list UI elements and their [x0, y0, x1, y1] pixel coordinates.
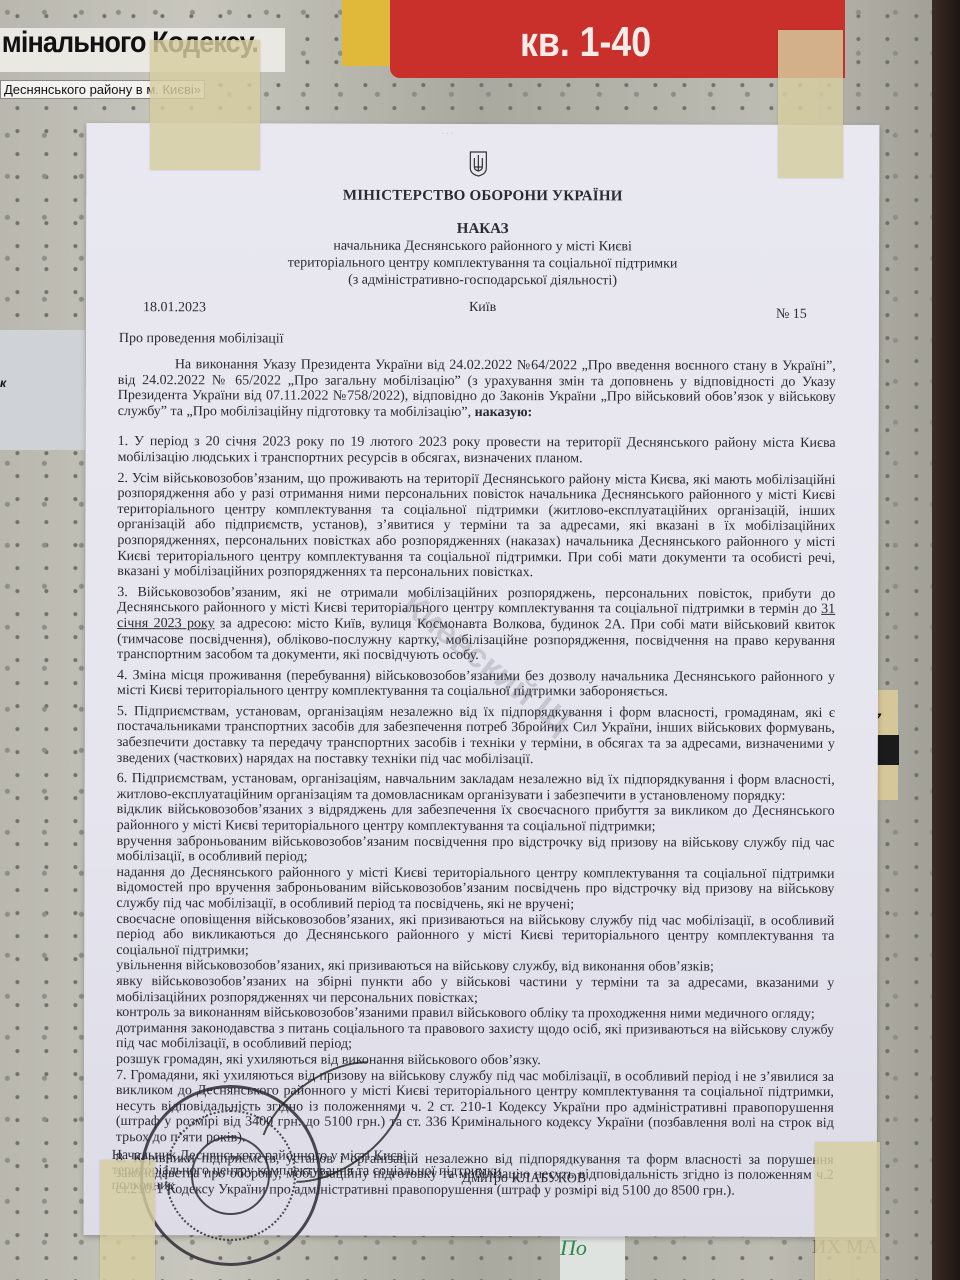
order-date: 18.01.2023 [143, 300, 206, 316]
coat-of-arms-icon [469, 151, 487, 177]
item-6-subitem: своєчасне оповіщення військовозобов’язан… [116, 912, 834, 961]
ministry-heading: МІНІСТЕРСТВО ОБОРОНИ УКРАЇНИ [86, 187, 879, 206]
order-item-1: 1. У період з 20 січня 2023 року по 19 л… [118, 434, 836, 467]
order-number: № 15 [776, 307, 807, 323]
item-6-subitem: увільнення військовозобов’язаних, які пр… [116, 958, 834, 975]
tape-top-right [778, 30, 843, 178]
order-city: Київ [469, 300, 496, 316]
item-6-subitem: вручення заброньованим військовозобов’яз… [117, 834, 835, 867]
signatory-name: Дмитро КЛАБУКОВ [462, 1171, 587, 1187]
tape-bottom-right [815, 1142, 880, 1280]
item-6-subitem: надання до Деснянського районного у міст… [116, 865, 834, 914]
tape-top-left [150, 40, 260, 170]
mobilization-order-document: · · · МІНІСТЕРСТВО ОБОРОНИ УКРАЇНИ НАКАЗ… [84, 123, 880, 1237]
item-6-subitem: відклик військовозобов’язаних з відрядже… [117, 802, 835, 835]
order-subject: Про проведення мобілізації [119, 331, 284, 347]
item-6-subitem: явку військовозобов’язаних на збірні пун… [116, 974, 834, 1007]
tape-bottom-left [100, 1160, 155, 1280]
green-handwritten-scrap: По [560, 1235, 625, 1280]
apartment-range-text: кв. 1-40 [520, 18, 651, 66]
order-item-2: 2. Усім військовозобов’язаним, що прожив… [117, 471, 835, 582]
green-scrap-text: По [560, 1235, 587, 1260]
order-body: На виконання Указу Президента України ві… [116, 357, 836, 1204]
preamble-order-word: наказую: [475, 405, 533, 420]
red-poster: кв. 1-40 [390, 0, 845, 78]
order-item-6: 6. Підприємствам, установам, організація… [117, 771, 835, 804]
order-subtitle-line: (з адміністративно-господарської діяльно… [86, 271, 879, 290]
faint-handwriting: · · · [441, 129, 453, 138]
order-subtitle-line: начальника Деснянського районного у міст… [86, 237, 879, 256]
door-frame [932, 0, 960, 1280]
paper-scrap-left [0, 330, 85, 450]
order-subtitle: начальника Деснянського районного у міст… [86, 237, 879, 290]
item-6-subitem: розшук громадян, які ухиляються від вико… [116, 1052, 834, 1069]
order-item-5: 5. Підприємствам, установам, організація… [117, 704, 835, 768]
order-title: НАКАЗ [86, 220, 879, 239]
item-6-subitem: дотримання законодавства з питань соціал… [116, 1021, 834, 1054]
scrap-left-text: к [0, 376, 6, 390]
preamble: На виконання Указу Президента України ві… [118, 357, 836, 421]
item-3-text-start: 3. Військовозобов’язаним, які не отримал… [117, 585, 835, 617]
order-subtitle-line: територіального центру комплектування та… [86, 254, 879, 273]
item-6-subitem: контроль за виконанням військовозобов’яз… [116, 1005, 834, 1022]
